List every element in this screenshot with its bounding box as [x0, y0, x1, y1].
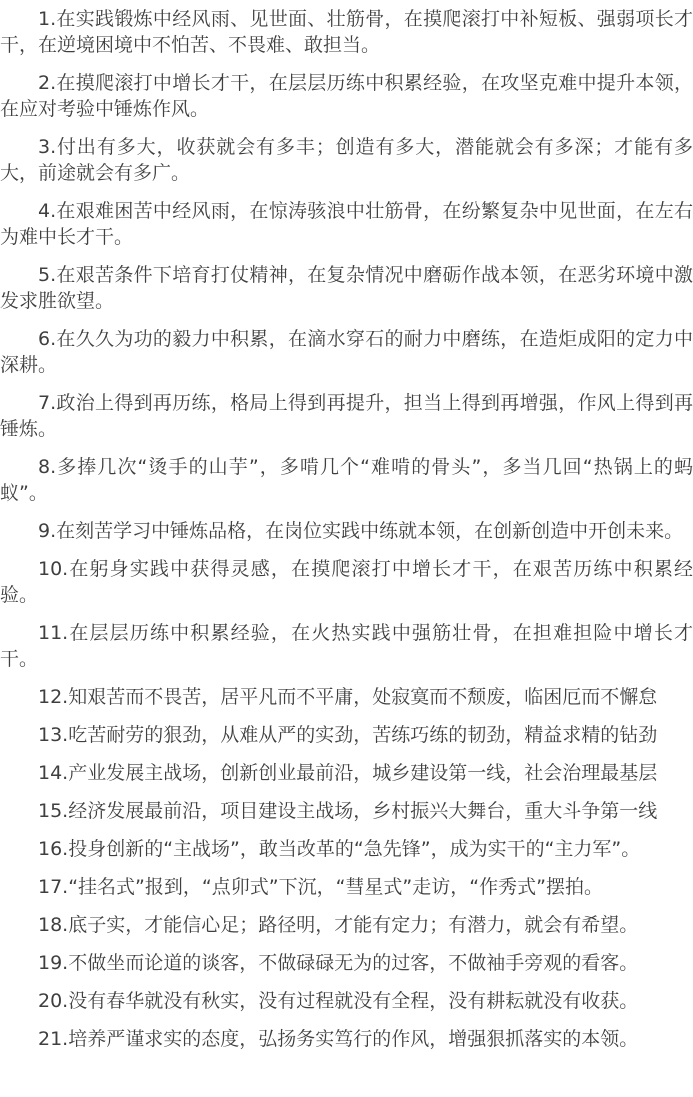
- paragraph-item-10: 10.在躬身实践中获得灵感，在摸爬滚打中增长才干，在艰苦历练中积累经验。: [0, 556, 693, 608]
- paragraph-item-15: 15.经济发展最前沿，项目建设主战场，乡村振兴大舞台，重大斗争第一线: [0, 798, 693, 824]
- paragraph-item-12: 12.知艰苦而不畏苦，居平凡而不平庸，处寂寞而不颓废，临困厄而不懈怠: [0, 684, 693, 710]
- paragraph-item-9: 9.在刻苦学习中锤炼品格，在岗位实践中练就本领，在创新创造中开创未来。: [0, 518, 693, 544]
- paragraph-item-16: 16.投身创新的“主战场”，敢当改革的“急先锋”，成为实干的“主力军”。: [0, 836, 693, 862]
- paragraph-item-21: 21.培养严谨求实的态度，弘扬务实笃行的作风，增强狠抓落实的本领。: [0, 1026, 693, 1052]
- paragraph-item-19: 19.不做坐而论道的谈客，不做碌碌无为的过客，不做袖手旁观的看客。: [0, 950, 693, 976]
- paragraph-item-6: 6.在久久为功的毅力中积累，在滴水穿石的耐力中磨练，在造炬成阳的定力中深耕。: [0, 326, 693, 378]
- paragraph-item-2: 2.在摸爬滚打中增长才干，在层层历练中积累经验，在攻坚克难中提升本领，在应对考验…: [0, 70, 693, 122]
- paragraph-item-5: 5.在艰苦条件下培育打仗精神，在复杂情况中磨砺作战本领，在恶劣环境中激发求胜欲望…: [0, 262, 693, 314]
- paragraph-item-8: 8.多捧几次“烫手的山芋”，多啃几个“难啃的骨头”，多当几回“热锅上的蚂蚁”。: [0, 454, 693, 506]
- paragraph-item-14: 14.产业发展主战场，创新创业最前沿，城乡建设第一线，社会治理最基层: [0, 760, 693, 786]
- paragraph-item-17: 17.“挂名式”报到，“点卯式”下沉，“彗星式”走访，“作秀式”摆拍。: [0, 874, 693, 900]
- paragraph-item-18: 18.底子实，才能信心足；路径明，才能有定力；有潜力，就会有希望。: [0, 912, 693, 938]
- paragraph-item-1: 1.在实践锻炼中经风雨、见世面、壮筋骨，在摸爬滚打中补短板、强弱项长才干，在逆境…: [0, 6, 693, 58]
- document-page: { "document": { "background_color": "#ff…: [0, 0, 693, 1097]
- text-document: 1.在实践锻炼中经风雨、见世面、壮筋骨，在摸爬滚打中补短板、强弱项长才干，在逆境…: [0, 0, 693, 1052]
- paragraph-item-13: 13.吃苦耐劳的狠劲，从难从严的实劲，苦练巧练的韧劲，精益求精的钻劲: [0, 722, 693, 748]
- paragraph-item-4: 4.在艰难困苦中经风雨，在惊涛骇浪中壮筋骨，在纷繁复杂中见世面，在左右为难中长才…: [0, 198, 693, 250]
- paragraph-item-11: 11.在层层历练中积累经验，在火热实践中强筋壮骨，在担难担险中增长才干。: [0, 620, 693, 672]
- paragraph-item-20: 20.没有春华就没有秋实，没有过程就没有全程，没有耕耘就没有收获。: [0, 988, 693, 1014]
- paragraph-item-7: 7.政治上得到再历练，格局上得到再提升，担当上得到再增强，作风上得到再锤炼。: [0, 390, 693, 442]
- paragraph-item-3: 3.付出有多大，收获就会有多丰；创造有多大，潜能就会有多深；才能有多大，前途就会…: [0, 134, 693, 186]
